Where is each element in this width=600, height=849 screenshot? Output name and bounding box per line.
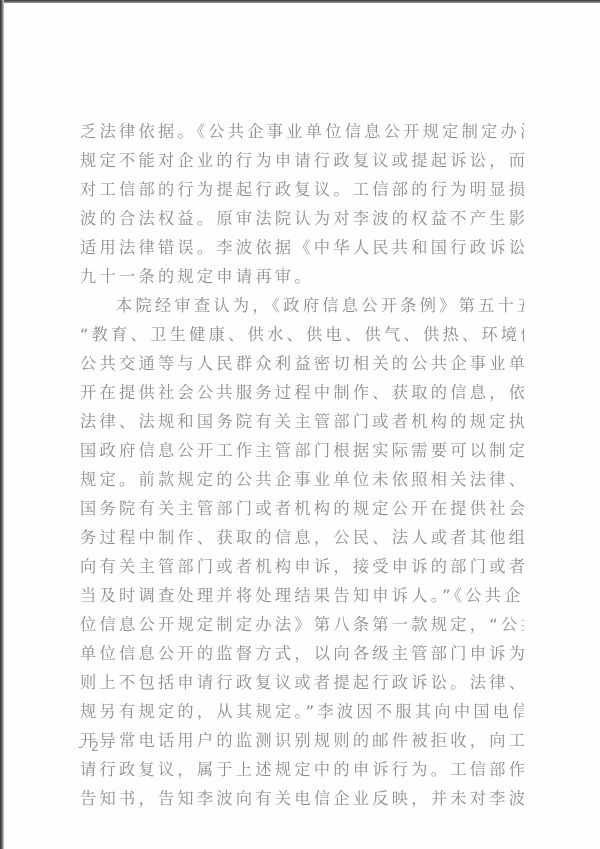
- text-line: 则上不包括申请行政复议或者提起行政诉讼。法律、行政法: [80, 668, 524, 697]
- text-line: 请行政复议，属于上述规定中的申诉行为。工信部作出被诉: [80, 755, 524, 784]
- text-line: “教育、卫生健康、供水、供电、供气、供热、环境保护、: [80, 320, 524, 349]
- page-number: - 2 -: [78, 740, 114, 755]
- text-line: 适用法律错误。李波依据《中华人民共和国行政诉讼法》第: [80, 233, 524, 262]
- body-text: 乏法律依据。《公共企事业单位信息公开规定制定办法》只是 规定不能对企业的行为申请…: [80, 117, 524, 813]
- text-line: 规定。前款规定的公共企事业单位未依照相关法律、法规和: [80, 465, 524, 494]
- text-line: 规另有规定的，从其规定。”李波因不服其向中国电信申请公: [80, 697, 524, 726]
- scan-border-top: [0, 0, 600, 3]
- text-line: 法律、法规和国务院有关主管部门或者机构的规定执行。全: [80, 407, 524, 436]
- text-line: 单位信息公开的监督方式，以向各级主管部门申诉为主，原: [80, 639, 524, 668]
- text-line: 位信息公开规定制定办法》第八条第一款规定，“公共企事业: [80, 610, 524, 639]
- text-line: 务过程中制作、获取的信息，公民、法人或者其他组织可以: [80, 523, 524, 552]
- text-line: 国政府信息公开工作主管部门根据实际需要可以制定专门的: [80, 436, 524, 465]
- text-line: 告知书，告知李波向有关电信企业反映，并未对李波的权利、: [80, 784, 524, 813]
- text-line: 开在提供社会公共服务过程中制作、获取的信息，依照相关: [80, 378, 524, 407]
- document-page: 乏法律依据。《公共企事业单位信息公开规定制定办法》只是 规定不能对企业的行为申请…: [0, 0, 600, 849]
- text-line: 向有关主管部门或者机构申诉，接受申诉的部门或者机构应: [80, 552, 524, 581]
- text-line: 当及时调查处理并将处理结果告知申诉人。”《公共企事业单: [80, 581, 524, 610]
- scan-border-left: [0, 0, 4, 849]
- text-line: 九十一条的规定申请再审。: [80, 262, 524, 291]
- text-line: 国务院有关主管部门或者机构的规定公开在提供社会公共服: [80, 494, 524, 523]
- text-line: 对工信部的行为提起行政复议。工信部的行为明显损害了李: [80, 175, 524, 204]
- text-line: 开异常电话用户的监测识别规则的邮件被拒收，向工信部申: [80, 726, 524, 755]
- text-line: 公共交通等与人民群众利益密切相关的公共企事业单位，公: [80, 349, 524, 378]
- paragraph-start-line: 本院经审查认为，《政府信息公开条例》第五十五条规定，: [80, 291, 524, 320]
- text-line: 乏法律依据。《公共企事业单位信息公开规定制定办法》只是: [80, 117, 524, 146]
- text-line: 规定不能对企业的行为申请行政复议或提起诉讼，而李波是: [80, 146, 524, 175]
- text-line: 波的合法权益。原审法院认为对李波的权益不产生影响属于: [80, 204, 524, 233]
